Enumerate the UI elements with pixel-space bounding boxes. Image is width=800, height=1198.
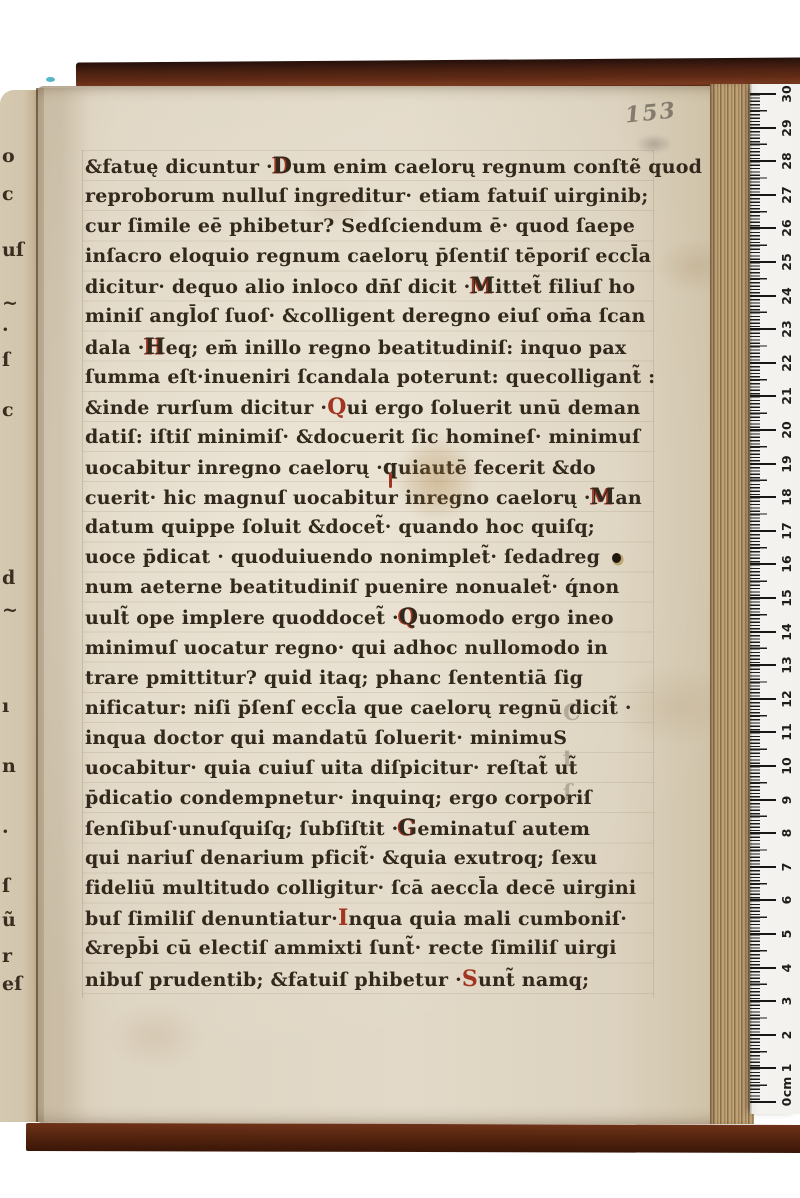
line-segment: um enim caelorų regnum conſtẽ quod — [292, 156, 702, 178]
line-segment: nqua quia mali cumboniſ· — [348, 908, 627, 930]
ruler-cm-tick — [750, 1034, 776, 1036]
ruler-cm-tick — [750, 899, 776, 901]
ruler-cm-label: 3 — [779, 991, 795, 1011]
facing-page-text-fragment: ũ — [2, 910, 36, 930]
ruler-cm-label: 13 — [779, 655, 795, 675]
ruler-cm-label: 16 — [779, 554, 795, 574]
line-segment: uoce p̄dicat · quoduiuendo nonimplet̃· ſ… — [85, 546, 600, 568]
ruler-cm-label: 28 — [779, 151, 795, 171]
ruler-cm-tick — [750, 93, 776, 95]
line-segment: miniſ angl̄oſ ſuoſ· &colligent deregno e… — [85, 305, 645, 327]
show-through-mark: t — [563, 746, 573, 772]
ruler-cm-label: 6 — [779, 890, 795, 910]
line-segment: trare pmittitur? quid itaq; phanc ſenten… — [85, 667, 583, 689]
text-line: dala ·Heq; em̄ inillo regno beatitudiniſ… — [85, 332, 660, 362]
ruler-cm-label: 26 — [779, 218, 795, 238]
text-line: nibuſ prudentib; &fatuiſ phibetur ·Sunt̃… — [85, 964, 660, 994]
facing-page-text-fragment: · — [2, 822, 36, 842]
ruler-cm-label: 24 — [779, 286, 795, 306]
line-segment: cur ſimile eē phibetur? Sedſciendum ē· q… — [85, 215, 635, 237]
line-segment: p̄dicatio condempnetur· inquinq; ergo co… — [85, 787, 592, 809]
line-segment: &inde rurſum dicitur · — [85, 397, 327, 419]
line-segment: ittet̃ filiuſ ho — [495, 276, 635, 298]
line-segment: eq; em̄ inillo regno beatitudiniſ: inquo… — [166, 337, 627, 359]
line-segment: inqua doctor qui mandatū ſoluerit· minim… — [85, 727, 567, 749]
rubricated-initial: M — [591, 484, 616, 510]
line-segment: num aeterne beatitudiniſ puenire nonuale… — [85, 576, 619, 598]
text-line: p̄dicatio condempnetur· inquinq; ergo co… — [85, 783, 660, 813]
line-segment: nibuſ prudentib; &fatuiſ phibetur · — [85, 969, 462, 991]
ruler-cm-tick — [750, 463, 776, 465]
ruler-cm-label: 17 — [779, 521, 795, 541]
line-segment: an — [615, 487, 642, 509]
ruler-cm-label: 29 — [779, 118, 795, 138]
book-cover-bottom-edge — [26, 1123, 800, 1153]
ruler-cm-label: 22 — [779, 353, 795, 373]
line-segment: ui ergo ſoluerit unū deman — [347, 397, 641, 419]
blue-speck — [46, 77, 55, 82]
text-line: num aeterne beatitudiniſ puenire nonuale… — [85, 572, 660, 602]
ruler-cm-tick — [750, 799, 776, 801]
ruler-cm-tick — [750, 328, 776, 330]
ruler-cm-label: 0 — [779, 1092, 795, 1112]
text-line: trare pmittitur? quid itaq; phanc ſenten… — [85, 663, 660, 693]
ruler-cm-tick — [750, 127, 776, 129]
line-segment: datum quippe ſoluit &docet̃· quando hoc … — [85, 516, 595, 538]
ruler-cm-tick — [750, 698, 776, 700]
fore-edge-page-stack — [710, 84, 754, 1124]
text-line: inſacro eloquio regnum caelorų p̄ſentiſ … — [85, 241, 660, 271]
text-line: datum quippe ſoluit &docet̃· quando hoc … — [85, 512, 660, 542]
folio-number: 153 — [624, 97, 678, 128]
line-segment: datiſ: iſtiſ minimiſ· &docuerit ſic homi… — [85, 426, 640, 448]
text-line: fideliū multitudo colligitur· ſcā aeccl̄… — [85, 873, 660, 903]
ruler-cm-tick — [750, 261, 776, 263]
text-line: buſ ſimiliſ denuntiatur·Inqua quia mali … — [85, 903, 660, 933]
facing-page-text-fragment: ſ — [2, 350, 36, 370]
rubricated-initial: D — [273, 153, 292, 179]
line-segment: nificatur: niſi p̄ſenſ eccl̄a que caelor… — [85, 697, 632, 719]
text-line: ſumma eſt·inueniri ſcandala poterunt: qu… — [85, 362, 660, 392]
text-line: ſenſibuſ·unuſquiſq; ſubſiſtit ·Geminatuſ… — [85, 813, 660, 843]
ruler: cm 0123456789101112131415161718192021222… — [750, 84, 800, 1114]
ruler-cm-tick — [750, 362, 776, 364]
text-line: inqua doctor qui mandatū ſoluerit· minim… — [85, 723, 660, 753]
ruler-cm-label: 14 — [779, 622, 795, 642]
ruler-cm-tick — [750, 1000, 776, 1002]
facing-page-text-fragment: ı — [2, 696, 36, 716]
rubricated-initial: I — [338, 905, 349, 931]
rubricated-initial: H — [145, 334, 166, 360]
text-block: &fatuę dicuntur ·Dum enim caelorų regnum… — [85, 151, 660, 994]
text-line: minimuſ uocatur regno· qui adhoc nullomo… — [85, 633, 660, 663]
ruler-cm-label: 7 — [779, 857, 795, 877]
line-segment: dicitur· dequo alio inloco dn̄ſ dicit · — [85, 276, 470, 298]
ruler-ticks: cm 0123456789101112131415161718192021222… — [750, 94, 800, 1102]
ruler-cm-label: 10 — [779, 756, 795, 776]
text-line: cur ſimile eē phibetur? Sedſciendum ē· q… — [85, 211, 660, 241]
ruler-cm-label: 21 — [779, 386, 795, 406]
text-line: datiſ: iſtiſ minimiſ· &docuerit ſic homi… — [85, 422, 660, 452]
facing-page-text-fragment: eſ — [2, 974, 36, 994]
ruler-cm-label: 12 — [779, 689, 795, 709]
line-segment: unt̃ namq; — [478, 969, 589, 991]
text-line: miniſ angl̄oſ ſuoſ· &colligent deregno e… — [85, 301, 660, 331]
ruler-cm-tick — [750, 866, 776, 868]
ruler-cm-tick — [750, 731, 776, 733]
ruler-cm-tick — [750, 1067, 776, 1069]
facing-page-text-fragment: c — [2, 184, 36, 204]
ruler-cm-label: 8 — [779, 823, 795, 843]
text-line: &repb̄i cū electiſ ammixti ſunt̃· recte … — [85, 933, 660, 963]
text-line: uoce p̄dicat · quoduiuendo nonimplet̃· ſ… — [85, 542, 660, 572]
ruler-cm-label: 23 — [779, 319, 795, 339]
rubricated-initial: S — [462, 966, 478, 992]
text-line: uocabitur inregno caelorų ·quiautē fecer… — [85, 452, 660, 482]
pencil-smudge — [636, 134, 672, 154]
facing-page-text-fragment: ~ — [2, 600, 36, 620]
text-line: reproborum nulluſ ingreditur· etiam fatu… — [85, 181, 660, 211]
line-segment: uocabitur· quia cuiuſ uita diſpicitur· r… — [85, 757, 578, 779]
line-segment: buſ ſimiliſ denuntiatur· — [85, 908, 338, 930]
ruler-cm-label: 2 — [779, 1025, 795, 1045]
text-line: &inde rurſum dicitur ·Qui ergo ſoluerit … — [85, 392, 660, 422]
rubricated-initial: G — [398, 815, 417, 841]
ruler-cm-label: 5 — [779, 924, 795, 944]
parchment-stain — [396, 436, 478, 522]
ruler-cm-tick — [750, 832, 776, 834]
facing-page-text-fragment: ſ — [2, 876, 36, 896]
line-segment: ſumma eſt·inueniri ſcandala poterunt: qu… — [85, 366, 655, 388]
rubricated-initial: M — [470, 273, 495, 299]
ruler-cm-tick — [750, 664, 776, 666]
line-segment: uomodo ergo ineo — [418, 607, 614, 629]
ruler-cm-label: 27 — [779, 185, 795, 205]
ruler-cm-tick — [750, 967, 776, 969]
manuscript-photo: ocuſ~·ſcd~ın·ſũreſ &fatuę dicuntur ·Dum … — [0, 0, 800, 1198]
line-segment: uocabitur inregno caelorų · — [85, 457, 383, 479]
rubricated-initial: Q — [327, 394, 346, 420]
ruler-cm-tick — [750, 631, 776, 633]
ruler-cm-tick — [750, 395, 776, 397]
text-line: cuerit· hic magnuſ uocabitur inregno cae… — [85, 482, 660, 512]
ruler-cm-label: 15 — [779, 588, 795, 608]
ruler-cm-tick — [750, 563, 776, 565]
text-line: qui nariuſ denarium pficit̃· &quia exutr… — [85, 843, 660, 873]
text-line: &fatuę dicuntur ·Dum enim caelorų regnum… — [85, 151, 660, 181]
ruler-cm-tick — [750, 597, 776, 599]
line-segment: cuerit· hic magnuſ uocabitur inregno cae… — [85, 487, 591, 509]
rubricated-initial: Q — [399, 604, 418, 630]
text-line: uocabitur· quia cuiuſ uita diſpicitur· r… — [85, 753, 660, 783]
line-segment: &repb̄i cū electiſ ammixti ſunt̃· recte … — [85, 937, 617, 959]
show-through-mark: C — [563, 700, 581, 726]
ruler-cm-label: 25 — [779, 252, 795, 272]
ruler-cm-label: 30 — [779, 84, 795, 104]
facing-page-text-fragment: d — [2, 568, 36, 588]
line-segment: eminatuſ autem — [417, 818, 590, 840]
facing-page-text-fragment: o — [2, 146, 36, 166]
line-segment: qui nariuſ denarium pficit̃· &quia exutr… — [85, 847, 597, 869]
show-through-mark: ſ — [563, 780, 572, 806]
line-segment: minimuſ uocatur regno· qui adhoc nullomo… — [85, 637, 608, 659]
facing-page-text-fragment: r — [2, 946, 36, 966]
ruler-cm-tick — [750, 160, 776, 162]
line-segment: fideliū multitudo colligitur· ſcā aeccl̄… — [85, 877, 636, 899]
line-segment: ſenſibuſ·unuſquiſq; ſubſiſtit · — [85, 818, 398, 840]
line-segment: &fatuę dicuntur · — [85, 156, 273, 178]
facing-page-text-fragment: ~ — [2, 293, 36, 313]
ruler-cm-tick — [750, 295, 776, 297]
ruler-cm-tick — [750, 765, 776, 767]
text-line: dicitur· dequo alio inloco dn̄ſ dicit ·M… — [85, 271, 660, 301]
ruler-cm-label: 4 — [779, 958, 795, 978]
ruler-cm-tick — [750, 530, 776, 532]
line-segment: dala · — [85, 337, 145, 359]
ruler-cm-tick — [750, 194, 776, 196]
facing-page-text-fragment: c — [2, 400, 36, 420]
line-segment: reproborum nulluſ ingreditur· etiam fatu… — [85, 185, 648, 207]
facing-page-text-fragment: uſ — [2, 240, 36, 260]
ruler-cm-tick — [750, 429, 776, 431]
line-segment: uult̃ ope implere quoddocet̃ · — [85, 607, 399, 629]
line-segment: inſacro eloquio regnum caelorų p̄ſentiſ … — [85, 245, 651, 267]
ruler-cm-tick — [750, 933, 776, 935]
text-line: uult̃ ope implere quoddocet̃ ·Quomodo er… — [85, 602, 660, 632]
ruler-cm-tick — [750, 1101, 776, 1103]
ruler-cm-label: 19 — [779, 454, 795, 474]
ink-dot-stain — [612, 553, 621, 563]
ruler-cm-label: 18 — [779, 487, 795, 507]
ruler-cm-label: 20 — [779, 420, 795, 440]
ruler-cm-tick — [750, 496, 776, 498]
ruler-cm-label: 9 — [779, 790, 795, 810]
ruler-cm-label: 11 — [779, 722, 795, 742]
facing-page-text-fragment: n — [2, 756, 36, 776]
ruler-cm-label: 1 — [779, 1058, 795, 1078]
facing-page-text-fragment: · — [2, 320, 36, 340]
ruler-cm-tick — [750, 227, 776, 229]
